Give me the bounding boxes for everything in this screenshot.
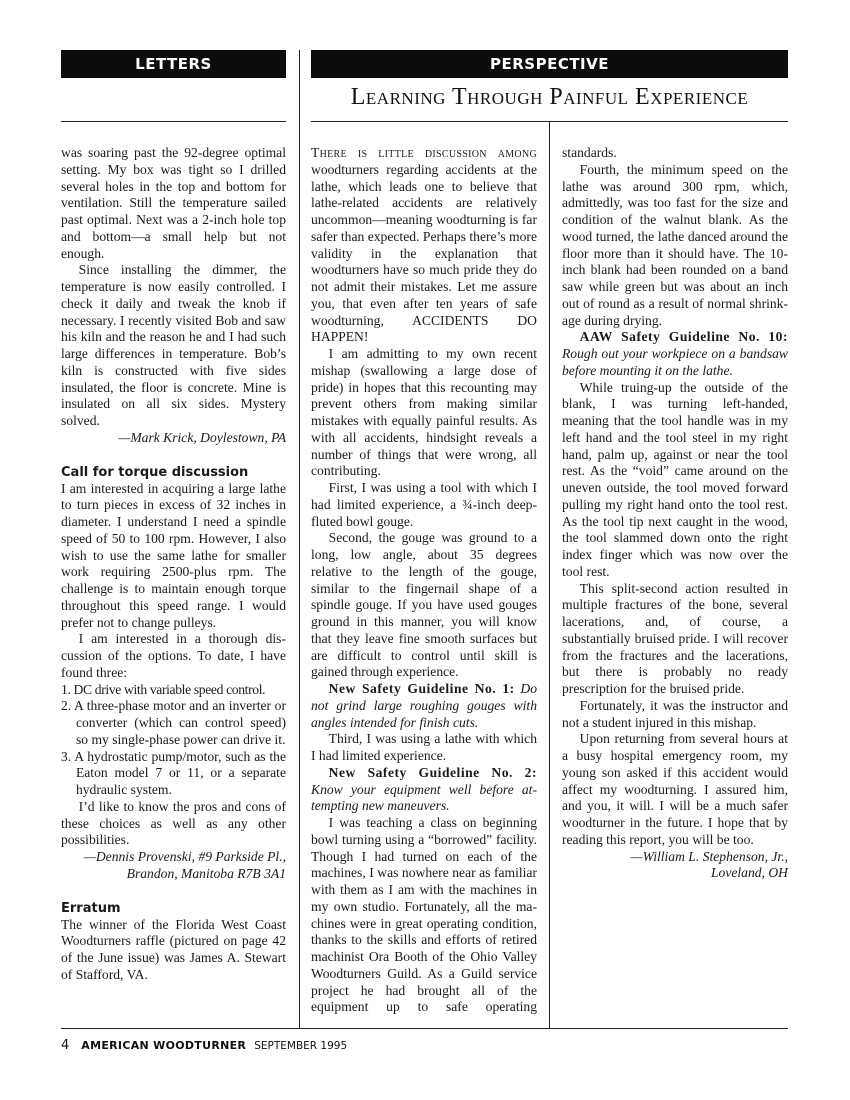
article-paragraph: I am admitting to my own recent mishap (… xyxy=(311,346,537,480)
list-item: 1. DC drive with variable speed control. xyxy=(61,682,286,699)
article-signature: —William L. Stephenson, Jr., Loveland, O… xyxy=(562,849,788,883)
column-divider xyxy=(549,121,550,1028)
page-number: 4 xyxy=(61,1038,69,1053)
erratum-text: The winner of the Florida West Coast Woo… xyxy=(61,917,286,984)
continued-text: standards. xyxy=(562,145,788,162)
article-paragraph: While truing-up the outside of the blank… xyxy=(562,380,788,581)
lead-in-caps: There is little discussion among xyxy=(311,145,537,160)
safety-guideline: New Safety Guideline No. 2: Know your eq… xyxy=(311,765,537,815)
horizontal-rule xyxy=(61,121,286,122)
article-column-1: There is little discussion among woodtur… xyxy=(311,145,537,1016)
section-banner-letters: LETTERS xyxy=(61,50,286,78)
column-divider xyxy=(299,50,300,1028)
article-column-2: standards. Fourth, the minimum speed on … xyxy=(562,145,788,882)
page-footer: 4 AMERICAN WOODTURNER SEPTEMBER 1995 xyxy=(61,1038,347,1053)
letter-signature: —Mark Krick, Doylestown, PA xyxy=(61,430,286,447)
article-paragraph: I was teaching a class on begin­ning bow… xyxy=(311,815,537,1016)
signature-line: Loveland, OH xyxy=(562,865,788,882)
letter-paragraph: I’d like to know the pros and cons of th… xyxy=(61,799,286,849)
section-label: LETTERS xyxy=(135,55,212,73)
letter-signature: —Dennis Provenski, #9 Parkside Pl., Bran… xyxy=(61,849,286,883)
letter-paragraph: was soaring past the 92-degree opti­mal … xyxy=(61,145,286,262)
issue-date: SEPTEMBER 1995 xyxy=(254,1040,347,1052)
horizontal-rule xyxy=(311,121,788,122)
article-paragraph: There is little discussion among woodtur… xyxy=(311,145,537,346)
list-item: 3. A hydrostatic pump/motor, such as the… xyxy=(61,749,286,799)
article-paragraph: This split-second action resulted in mul… xyxy=(562,581,788,698)
article-paragraph: Upon returning from several hours at a b… xyxy=(562,731,788,848)
safety-guideline: AAW Safety Guideline No. 10: Rough out y… xyxy=(562,329,788,379)
article-paragraph: Second, the gouge was ground to a long, … xyxy=(311,530,537,681)
article-paragraph: Third, I was using a lathe with which I … xyxy=(311,731,537,765)
safety-guideline: New Safety Guideline No. 1: Do not grind… xyxy=(311,681,537,731)
list-item: 2. A three-phase motor and an in­verter … xyxy=(61,698,286,748)
article-paragraph: Fourth, the minimum speed on the lathe w… xyxy=(562,162,788,330)
article-title: Learning Through Painful Experience xyxy=(311,84,788,111)
section-label: PERSPECTIVE xyxy=(490,55,609,73)
signature-line: —Dennis Provenski, #9 Parkside Pl., xyxy=(61,849,286,866)
article-paragraph: First, I was using a tool with which I h… xyxy=(311,480,537,530)
magazine-name: AMERICAN WOODTURNER xyxy=(81,1039,246,1052)
article-paragraph: Fortunately, it was the instructor and n… xyxy=(562,698,788,732)
letters-column: was soaring past the 92-degree opti­mal … xyxy=(61,145,286,984)
signature-line: —William L. Stephenson, Jr., xyxy=(562,849,788,866)
letter-heading: Call for torque discussion xyxy=(61,464,286,481)
article-paragraph-continued: standards. xyxy=(562,145,788,162)
section-banner-perspective: PERSPECTIVE xyxy=(311,50,788,78)
footer-rule xyxy=(61,1028,788,1029)
letter-paragraph: Since installing the dimmer, the tempera… xyxy=(61,262,286,430)
signature-line: Brandon, Manitoba R7B 3A1 xyxy=(61,866,286,883)
erratum-heading: Erratum xyxy=(61,900,286,917)
letter-paragraph: I am interested in acquiring a large lat… xyxy=(61,481,286,632)
letter-paragraph: I am interested in a thorough dis­cussio… xyxy=(61,631,286,681)
